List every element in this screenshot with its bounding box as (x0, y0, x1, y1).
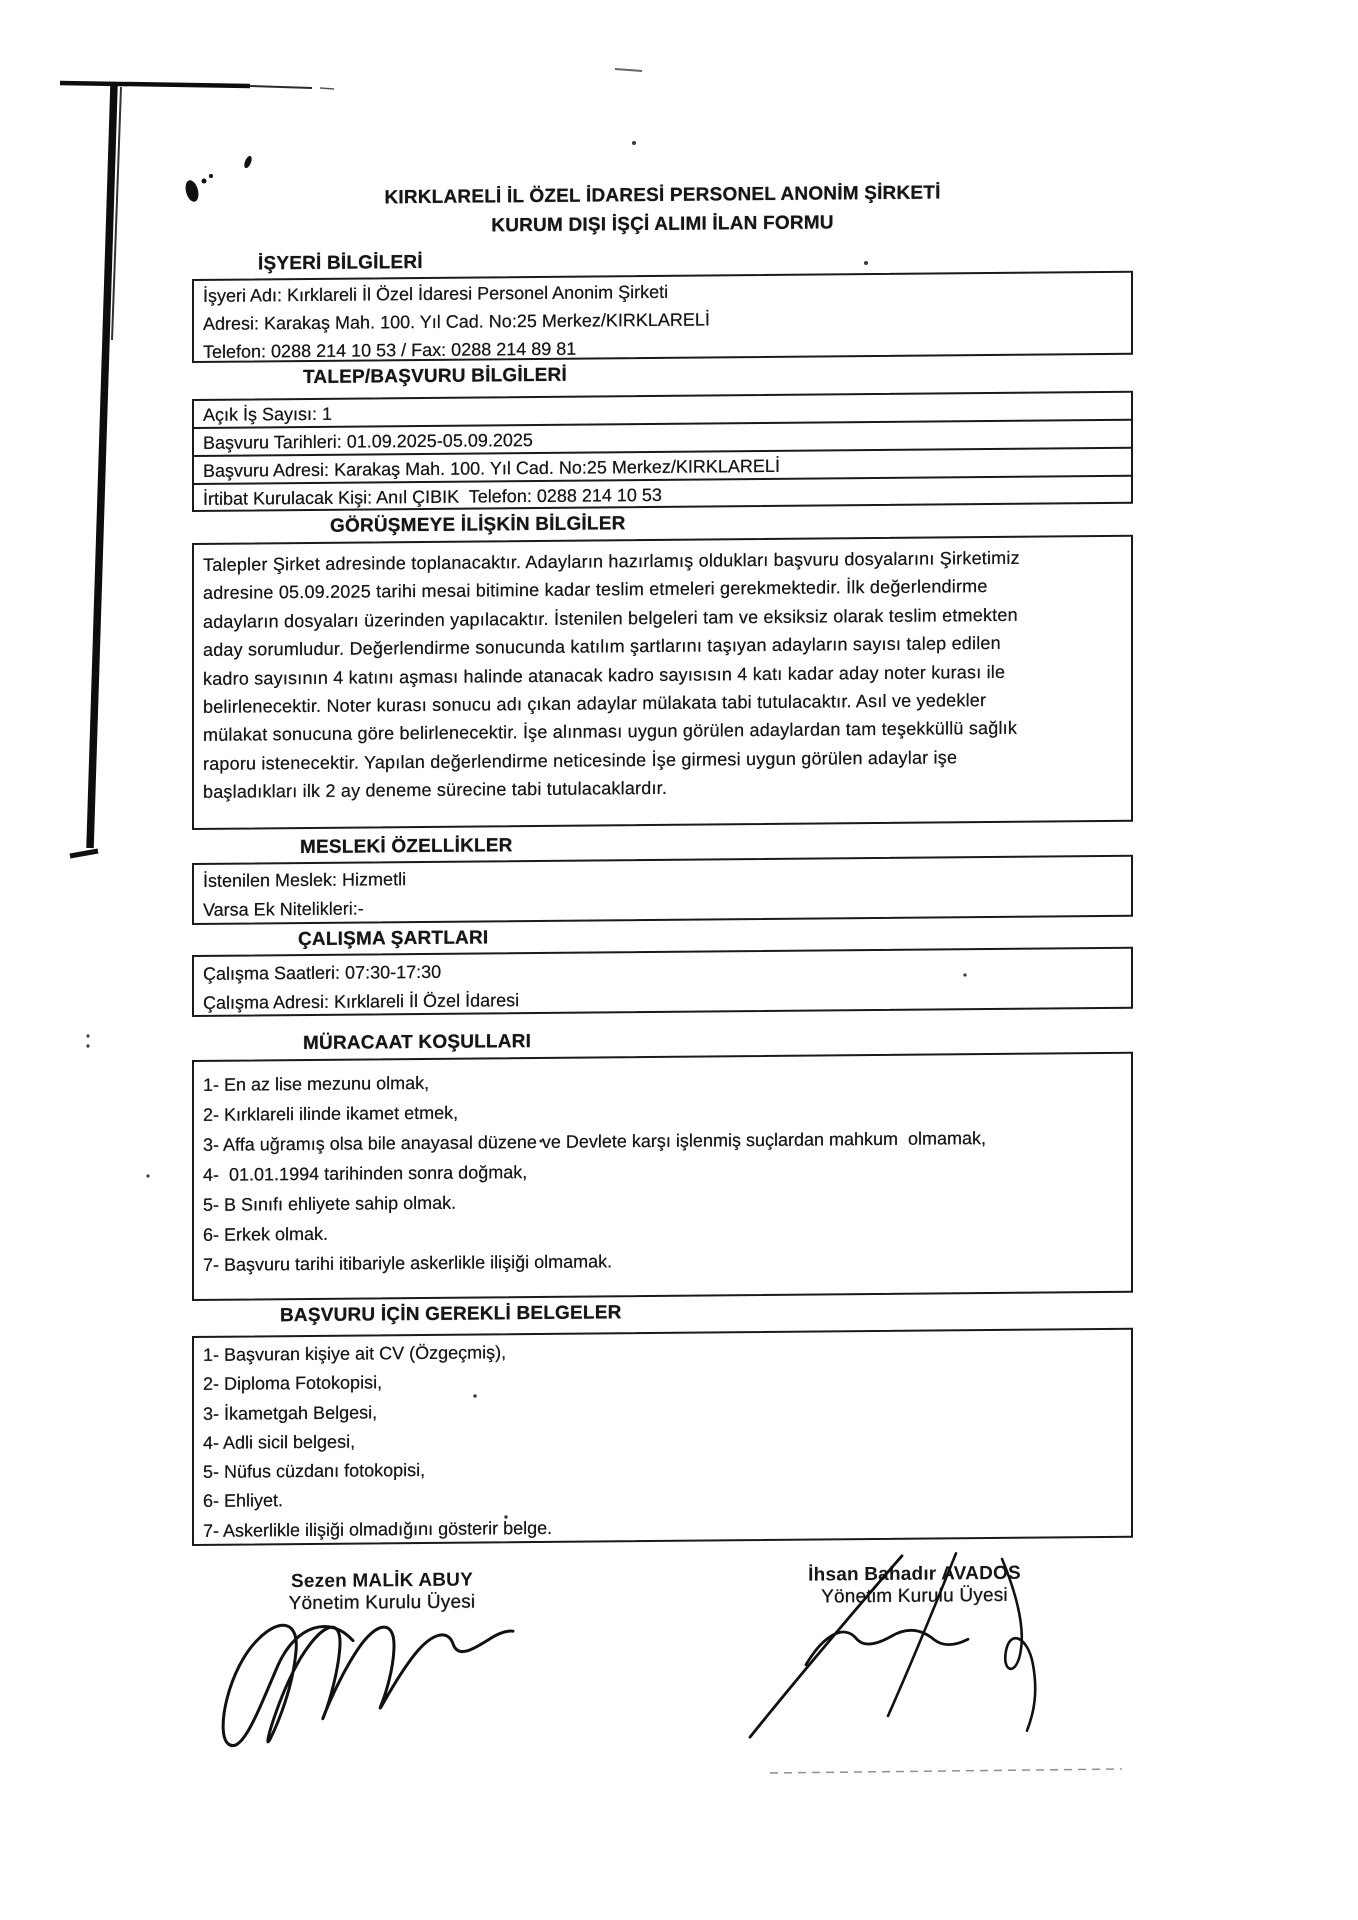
section-header-talep: TALEP/BAŞVURU BİLGİLERİ (303, 365, 567, 389)
info-box-isyeri: İşyeri Adı: Kırklareli İl Özel İdaresi P… (192, 271, 1133, 363)
signature-block-left: Sezen MALİK ABUY Yönetim Kurulu Üyesi (262, 1569, 502, 1615)
form-title-line2: KURUM DIŞI İŞÇİ ALIMI İLAN FORMU (192, 210, 1133, 240)
section-header-isyeri: İŞYERİ BİLGİLERİ (258, 252, 423, 275)
section-header-calisma: ÇALIŞMA ŞARTLARI (298, 927, 488, 951)
info-box-gorusme: Talepler Şirket adresinde toplanacaktır.… (192, 535, 1133, 830)
info-box-belgeler: 1- Başvuran kişiye ait CV (Özgeçmiş), 2-… (192, 1328, 1133, 1546)
section-header-mesleki: MESLEKİ ÖZELLİKLER (300, 835, 513, 859)
section-header-belgeler: BAŞVURU İÇİN GEREKLİ BELGELER (280, 1302, 622, 1327)
section-header-muracaat: MÜRACAAT KOŞULLARI (303, 1031, 531, 1055)
signature-left-ink (223, 1623, 513, 1745)
signature-block-right: İhsan Bahadır AVADOS Yönetim Kurulu Üyes… (792, 1563, 1037, 1609)
signatory-role: Yönetim Kurulu Üyesi (792, 1585, 1037, 1609)
signatory-role: Yönetim Kurulu Üyesi (262, 1591, 502, 1615)
info-box-calisma: Çalışma Saatleri: 07:30-17:30 Çalışma Ad… (192, 947, 1133, 1017)
signatory-name: İhsan Bahadır AVADOS (792, 1563, 1037, 1587)
scanned-document-page: KIRKLARELİ İL ÖZEL İDARESİ PERSONEL ANON… (0, 0, 1358, 1920)
section-header-gorusme: GÖRÜŞMEYE İLİŞKİN BİLGİLER (330, 513, 626, 538)
form-content: KIRKLARELİ İL ÖZEL İDARESİ PERSONEL ANON… (0, 0, 1358, 1920)
signature-right-ink-wiggle (806, 1630, 968, 1665)
info-box-talep: Açık İş Sayısı: 1 Başvuru Tarihleri: 01.… (192, 391, 1133, 512)
info-box-mesleki: İstenilen Meslek: Hizmetli Varsa Ek Nite… (192, 855, 1133, 925)
info-box-muracaat: 1- En az lise mezunu olmak, 2- Kırklarel… (192, 1052, 1133, 1301)
form-title-line1: KIRKLARELİ İL ÖZEL İDARESİ PERSONEL ANON… (192, 181, 1133, 211)
signatory-name: Sezen MALİK ABUY (262, 1569, 502, 1593)
